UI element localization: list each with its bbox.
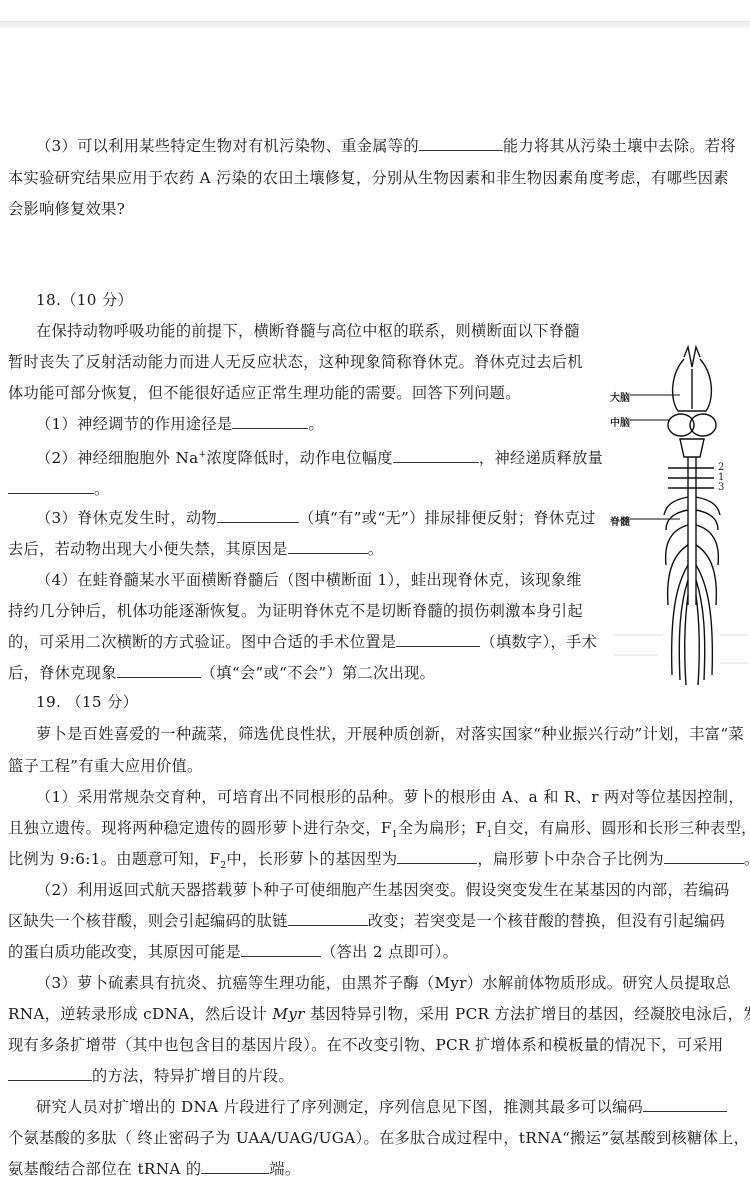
label-midbrain: 中脑 (610, 414, 630, 429)
text: （填“有”或“无”）排尿排便反射；脊休克过 (299, 509, 596, 527)
text: 全为扁形；F (398, 819, 487, 837)
q18-p2-line1: （2）神经细胞胞外 Na+浓度降低时，动作电位幅度，神经递质释放量 (36, 445, 603, 468)
q17-p3-line2: 本实验研究结果应用于农药 A 污染的农田土壤修复，分别从生物因素和非生物因素角度… (8, 168, 729, 188)
text: 的，可采用二次横断的方式验证。图中合适的手术位置是 (8, 633, 396, 651)
q18-intro-1: 在保持动物呼吸功能的前提下，横断脊髓与高位中枢的联系，则横断面以下脊髓 (36, 321, 580, 341)
frog-nervous-system-figure: 大脑 中脑 脊髓 2 1 3 (608, 345, 750, 690)
text: （填数字），手术 (480, 633, 597, 651)
q19-p3-line4: 的方法，特异扩增目的片段。 (8, 1066, 294, 1086)
q19-p3-line2: RNA，逆转录形成 cDNA，然后设计 Myr 基因特异引物，采用 PCR 方法… (8, 1004, 750, 1024)
text: 。 (368, 540, 384, 558)
answer-blank[interactable] (397, 849, 477, 864)
answer-blank[interactable] (8, 1066, 92, 1081)
q17-p3-line1: （3）可以利用某些特定生物对有机污染物、重金属等的能力将其从污染土壤中去除。若将 (36, 136, 736, 156)
text: 后，脊休克现象 (8, 664, 117, 682)
q18-header: 18.（10 分） (36, 290, 133, 310)
answer-blank[interactable] (288, 539, 368, 554)
q19-p2-line3: 的蛋白质功能改变，其原因可能是（答出 2 点即可）。 (8, 942, 458, 962)
text: （答出 2 点即可）。 (321, 943, 458, 961)
answer-blank[interactable] (419, 136, 503, 151)
answer-blank[interactable] (201, 1159, 269, 1174)
text: 端。 (269, 1160, 300, 1178)
text: 能力将其从污染土壤中去除。若将 (503, 137, 736, 155)
text: 的方法，特异扩增目的片段。 (92, 1067, 294, 1085)
text: 自交，有扁形、圆形和长形三种表型， (493, 819, 750, 837)
section-number-2: 2 (718, 463, 724, 472)
section-number-3: 3 (718, 483, 724, 492)
q19-p1-line3: 比例为 9:6:1。由题意可知，F2中，长形萝卜的基因型为，扁形萝卜中杂合子比例… (8, 849, 750, 876)
q18-intro-3: 体功能可部分恢复，但不能很好适应正常生理功能的需要。回答下列问题。 (8, 383, 521, 403)
answer-blank[interactable] (288, 911, 368, 926)
q19-p3-line3: 现有多条扩增带（其中也包含目的基因片段）。在不改变引物、PCR 扩增体系和模板量… (8, 1035, 724, 1055)
q18-p4-line3: 的，可采用二次横断的方式验证。图中合适的手术位置是（填数字），手术 (8, 632, 597, 652)
text: 区缺失一个核苷酸，则会引起编码的肽链 (8, 912, 288, 930)
text: （1）神经调节的作用途径是 (36, 415, 232, 433)
answer-blank[interactable] (396, 632, 480, 647)
q19-p2-line2: 区缺失一个核苷酸，则会引起编码的肽链改变；若突变是一个核苷酸的替换，但没有引起编… (8, 911, 725, 931)
q19-p3-line1: （3）萝卜硫素具有抗炎、抗癌等生理功能，由黑芥子酶（Myr）水解前体物质形成。研… (36, 973, 731, 993)
text: 基因特异引物，采用 PCR 方法扩增目的基因，经凝胶电泳后，发 (305, 1005, 750, 1023)
text: 改变；若突变是一个核苷酸的替换，但没有引起编码 (368, 912, 725, 930)
text: 浓度降低时，动作电位幅度 (206, 449, 392, 467)
answer-blank[interactable] (232, 414, 308, 429)
text: ，扁形萝卜中杂合子比例为 (477, 850, 663, 868)
text: 。 (94, 480, 110, 498)
text: （2）神经细胞胞外 Na (36, 449, 199, 467)
q19-intro-2: 篮子工程”有重大应用价值。 (8, 756, 203, 776)
q18-p4-line1: （4）在蛙脊髓某水平面横断脊髓后（图中横断面 1），蛙出现脊休克，该现象维 (36, 570, 582, 590)
q18-p2-line2: 。 (8, 479, 110, 499)
text: RNA，逆转录形成 cDNA，然后设计 (8, 1005, 272, 1023)
section-number-1: 1 (718, 473, 724, 482)
text: 氨基酸结合部位在 tRNA 的 (8, 1160, 201, 1178)
answer-blank[interactable] (241, 942, 321, 957)
q18-p4-line2: 持约几分钟后，机体功能逐渐恢复。为证明脊休克不是切断脊髓的损伤刺激本身引起 (8, 601, 583, 621)
text: 比例为 9:6:1。由题意可知，F (8, 850, 220, 868)
label-cerebrum: 大脑 (610, 389, 630, 404)
q19-p4-line1: 研究人员对扩增出的 DNA 片段进行了序列测定，序列信息见下图，推测其最多可以编… (36, 1097, 727, 1117)
top-divider-bar (0, 21, 750, 28)
text: 中，长形萝卜的基因型为 (227, 850, 398, 868)
q19-intro-1: 萝卜是百姓喜爱的一种蔬菜，筛选优良性状，开展种质创新，对落实国家“种业振兴行动”… (36, 724, 744, 744)
q18-p3-line2: 去后，若动物出现大小便失禁，其原因是。 (8, 539, 383, 559)
text: （填“会”或“不会”）第二次出现。 (201, 664, 435, 682)
q19-p2-line1: （2）利用返回式航天器搭载萝卜种子可使细胞产生基因突变。假设突变发生在某基因的内… (36, 880, 730, 900)
q18-p4-line4: 后，脊休克现象（填“会”或“不会”）第二次出现。 (8, 663, 435, 683)
q17-p3-line3: 会影响修复效果? (8, 199, 125, 219)
text: ，神经递质释放量 (479, 449, 603, 467)
q19-header: 19. （15 分） (36, 692, 138, 712)
text: 研究人员对扩增出的 DNA 片段进行了序列测定，序列信息见下图，推测其最多可以编… (36, 1098, 643, 1116)
q18-p3-line1: （3）脊休克发生时，动物（填“有”或“无”）排尿排便反射；脊休克过 (36, 508, 596, 528)
q19-p1-line1: （1）采用常规杂交育种，可培育出不同根形的品种。萝卜的根形由 A、a 和 R、r… (36, 787, 744, 807)
answer-blank[interactable] (664, 849, 744, 864)
q19-p4-line3: 氨基酸结合部位在 tRNA 的端。 (8, 1159, 300, 1179)
answer-blank[interactable] (217, 508, 299, 523)
answer-blank[interactable] (8, 479, 94, 494)
answer-blank[interactable] (393, 448, 479, 463)
q19-p4-line2: 个氨基酸的多肽（ 终止密码子为 UAA/UAG/UGA）。在多肽合成过程中，tR… (8, 1128, 749, 1148)
text: （3）脊休克发生时，动物 (36, 509, 217, 527)
label-spinal-cord: 脊髓 (610, 513, 630, 528)
q19-p1-line2: 且独立遗传。现将两种稳定遗传的圆形萝卜进行杂交，F1全为扁形；F1自交，有扁形、… (8, 818, 750, 845)
text: 的蛋白质功能改变，其原因可能是 (8, 943, 241, 961)
text: 。 (308, 415, 324, 433)
text: 去后，若动物出现大小便失禁，其原因是 (8, 540, 288, 558)
text: （3）可以利用某些特定生物对有机污染物、重金属等的 (36, 137, 419, 155)
q18-intro-2: 暂时丧失了反射活动能力而进人无反应状态，这种现象简称脊休克。脊休克过去后机 (8, 352, 583, 372)
q18-p1: （1）神经调节的作用途径是。 (36, 414, 324, 434)
text: 且独立遗传。现将两种稳定遗传的圆形萝卜进行杂交，F (8, 819, 392, 837)
text: 。 (744, 850, 750, 868)
gene-name: Myr (272, 1005, 304, 1023)
answer-blank[interactable] (643, 1097, 727, 1112)
answer-blank[interactable] (117, 663, 201, 678)
